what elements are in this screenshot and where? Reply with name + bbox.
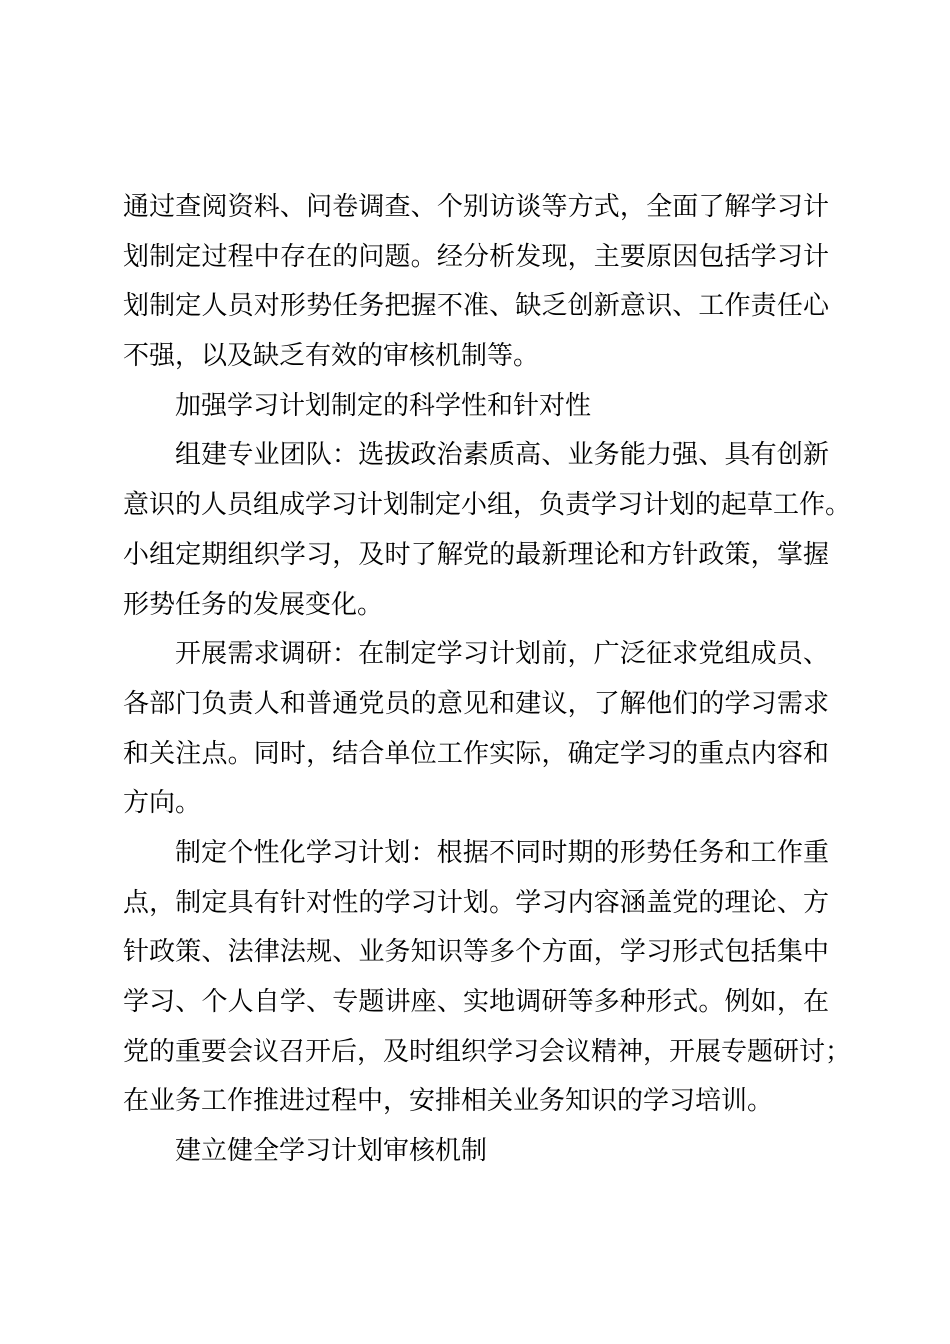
body-paragraph-line: 学习、个人自学、专题讲座、实地调研等多种形式。例如，在	[123, 977, 829, 1027]
body-paragraph-line: 各部门负责人和普通党员的意见和建议，了解他们的学习需求	[123, 679, 829, 729]
body-paragraph-continuation-line: 划制定过程中存在的问题。经分析发现，主要原因包括学习计	[123, 232, 829, 282]
body-paragraph-line: 在业务工作推进过程中，安排相关业务知识的学习培训。	[123, 1076, 829, 1126]
body-paragraph-continuation-line: 不强，以及缺乏有效的审核机制等。	[123, 331, 829, 381]
body-paragraph-line: 形势任务的发展变化。	[123, 580, 829, 630]
text-block: 通过查阅资料、问卷调查、个别访谈等方式，全面了解学习计划制定过程中存在的问题。经…	[123, 182, 829, 1176]
body-paragraph-line: 制定个性化学习计划：根据不同时期的形势任务和工作重	[123, 828, 829, 878]
body-paragraph-continuation-line: 划制定人员对形势任务把握不准、缺乏创新意识、工作责任心	[123, 281, 829, 331]
body-paragraph-line: 意识的人员组成学习计划制定小组，负责学习计划的起草工作。	[123, 480, 829, 530]
body-paragraph-line: 和关注点。同时，结合单位工作实际，确定学习的重点内容和	[123, 729, 829, 779]
section-heading-line: 加强学习计划制定的科学性和针对性	[123, 381, 829, 431]
document-page: 通过查阅资料、问卷调查、个别访谈等方式，全面了解学习计划制定过程中存在的问题。经…	[0, 0, 950, 1344]
section-heading-line: 建立健全学习计划审核机制	[123, 1126, 829, 1176]
body-paragraph-line: 组建专业团队：选拔政治素质高、业务能力强、具有创新	[123, 430, 829, 480]
body-paragraph-line: 方向。	[123, 778, 829, 828]
body-paragraph-line: 点，制定具有针对性的学习计划。学习内容涵盖党的理论、方	[123, 878, 829, 928]
body-paragraph-line: 开展需求调研：在制定学习计划前，广泛征求党组成员、	[123, 629, 829, 679]
body-paragraph-line: 党的重要会议召开后，及时组织学习会议精神，开展专题研讨；	[123, 1027, 829, 1077]
body-paragraph-line: 小组定期组织学习，及时了解党的最新理论和方针政策，掌握	[123, 530, 829, 580]
body-paragraph-continuation-line: 通过查阅资料、问卷调查、个别访谈等方式，全面了解学习计	[123, 182, 829, 232]
body-paragraph-line: 针政策、法律法规、业务知识等多个方面，学习形式包括集中	[123, 927, 829, 977]
